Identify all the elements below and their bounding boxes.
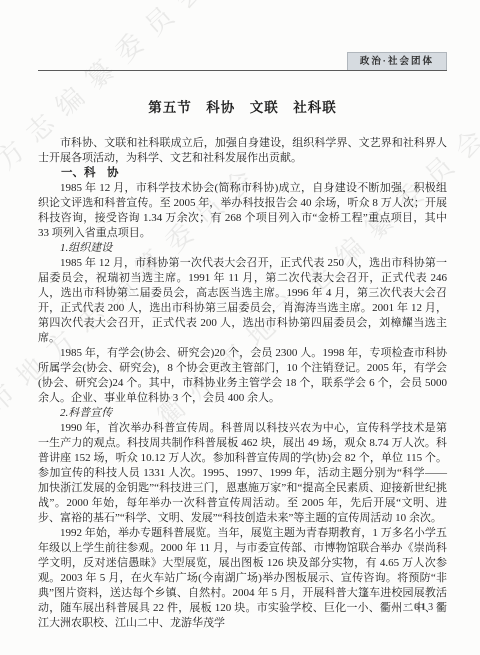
kexie-overview-paragraph: 1985 年 12 月，市科学技术协会(简称市科协)成立，自身建设不断加强，积极… xyxy=(38,181,447,241)
science-popularization-paragraph-1: 1990 年，首次举办科普宣传周。科普周以科技兴农为中心，宣传科学技术是第一生产… xyxy=(38,421,447,526)
subheading-science-popularization: 2.科普宣传 xyxy=(38,406,447,421)
section-title: 第五节 科协 文联 社科联 xyxy=(38,96,447,116)
intro-paragraph: 市科协、文联和社科联成立后，加强自身建设，组织科学界、文艺界和社科界人士开展各项… xyxy=(38,136,447,166)
heading-kexie: 一、科 协 xyxy=(38,166,447,181)
book-page: 衢州市地方志编纂委员会 衢州市地方志编纂委员会 衢州市地方志编纂委员会 政治·社… xyxy=(0,0,480,655)
organization-paragraph-2: 1985 年，有学会(协会、研究会)20 个，会员 2300 人。1998 年，… xyxy=(38,346,447,406)
organization-paragraph-1: 1985 年 12 月，市科协第一次代表大会召开，正式代表 250 人，选出市科… xyxy=(38,256,447,346)
running-head-rule: 政治·社会团体 xyxy=(38,52,447,71)
page-content: 第五节 科协 文联 社科联 市科协、文联和社科联成立后，加强自身建设，组织科学界… xyxy=(38,86,447,631)
subheading-organization: 1.组织建设 xyxy=(38,241,447,256)
page-number: · 613 · xyxy=(404,602,445,613)
science-popularization-paragraph-2: 1992 年始，举办专题科普展览。当年，展览主题为青春期教育，1 万多名小学五年… xyxy=(38,526,447,631)
running-head-label: 政治·社会团体 xyxy=(347,52,447,70)
